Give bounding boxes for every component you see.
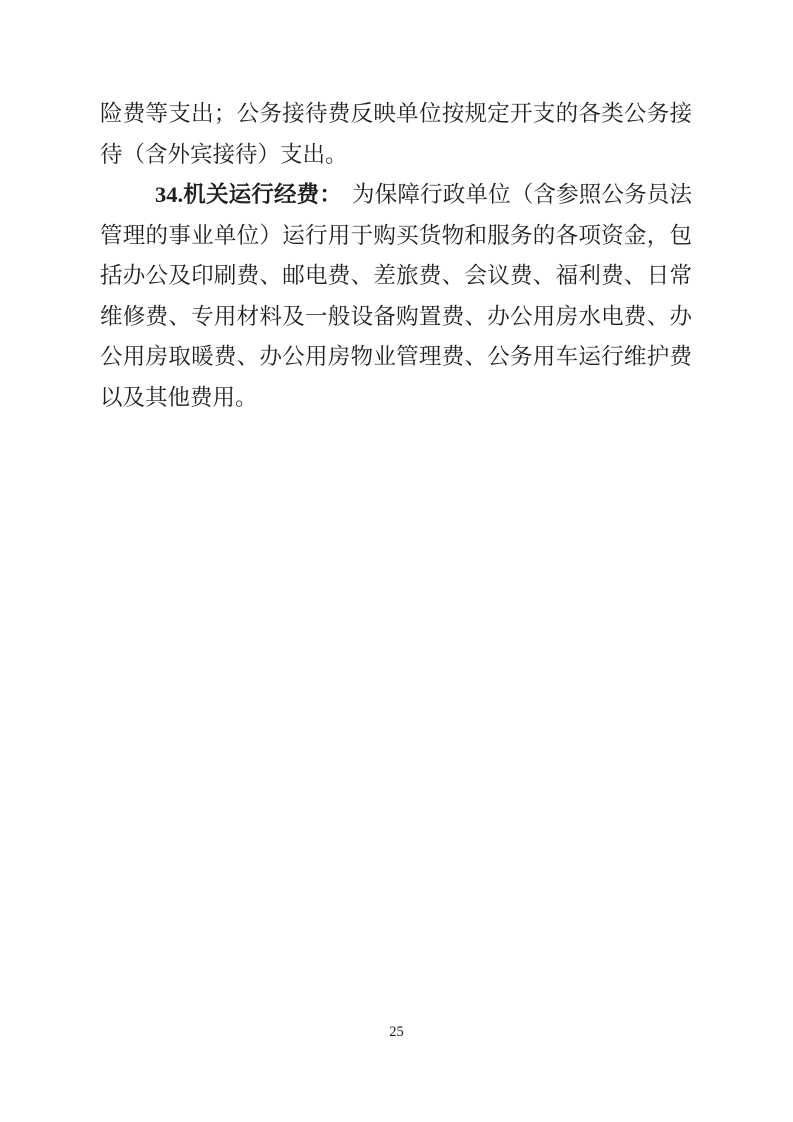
- text-line: 34.机关运行经费：为保障行政单位（含参照公务员法: [100, 175, 692, 216]
- text-line: 公用房取暖费、办公用房物业管理费、公务用车运行维护费: [100, 337, 692, 378]
- text-line: 维修费、专用材料及一般设备购置费、办公用房水电费、办: [100, 297, 692, 338]
- term-label: 34.机关运行经费：: [155, 182, 342, 207]
- text-line: 险费等支出；公务接待费反映单位按规定开支的各类公务接: [100, 94, 692, 135]
- paragraph-reception-expense: 险费等支出；公务接待费反映单位按规定开支的各类公务接 待（含外宾接待）支出。: [100, 94, 692, 175]
- text-line: 以及其他费用。: [100, 378, 692, 419]
- text-line: 管理的事业单位）运行用于购买货物和服务的各项资金，包: [100, 216, 692, 257]
- page-number: 25: [0, 1024, 793, 1041]
- text-line: 括办公及印刷费、邮电费、差旅费、会议费、福利费、日常: [100, 256, 692, 297]
- term-definition-start: 为保障行政单位（含参照公务员法: [352, 182, 692, 207]
- document-text-block: 险费等支出；公务接待费反映单位按规定开支的各类公务接 待（含外宾接待）支出。 3…: [100, 94, 692, 418]
- document-page: 险费等支出；公务接待费反映单位按规定开支的各类公务接 待（含外宾接待）支出。 3…: [0, 0, 793, 1122]
- text-line: 待（含外宾接待）支出。: [100, 135, 692, 176]
- paragraph-agency-operating-expense: 34.机关运行经费：为保障行政单位（含参照公务员法 管理的事业单位）运行用于购买…: [100, 175, 692, 418]
